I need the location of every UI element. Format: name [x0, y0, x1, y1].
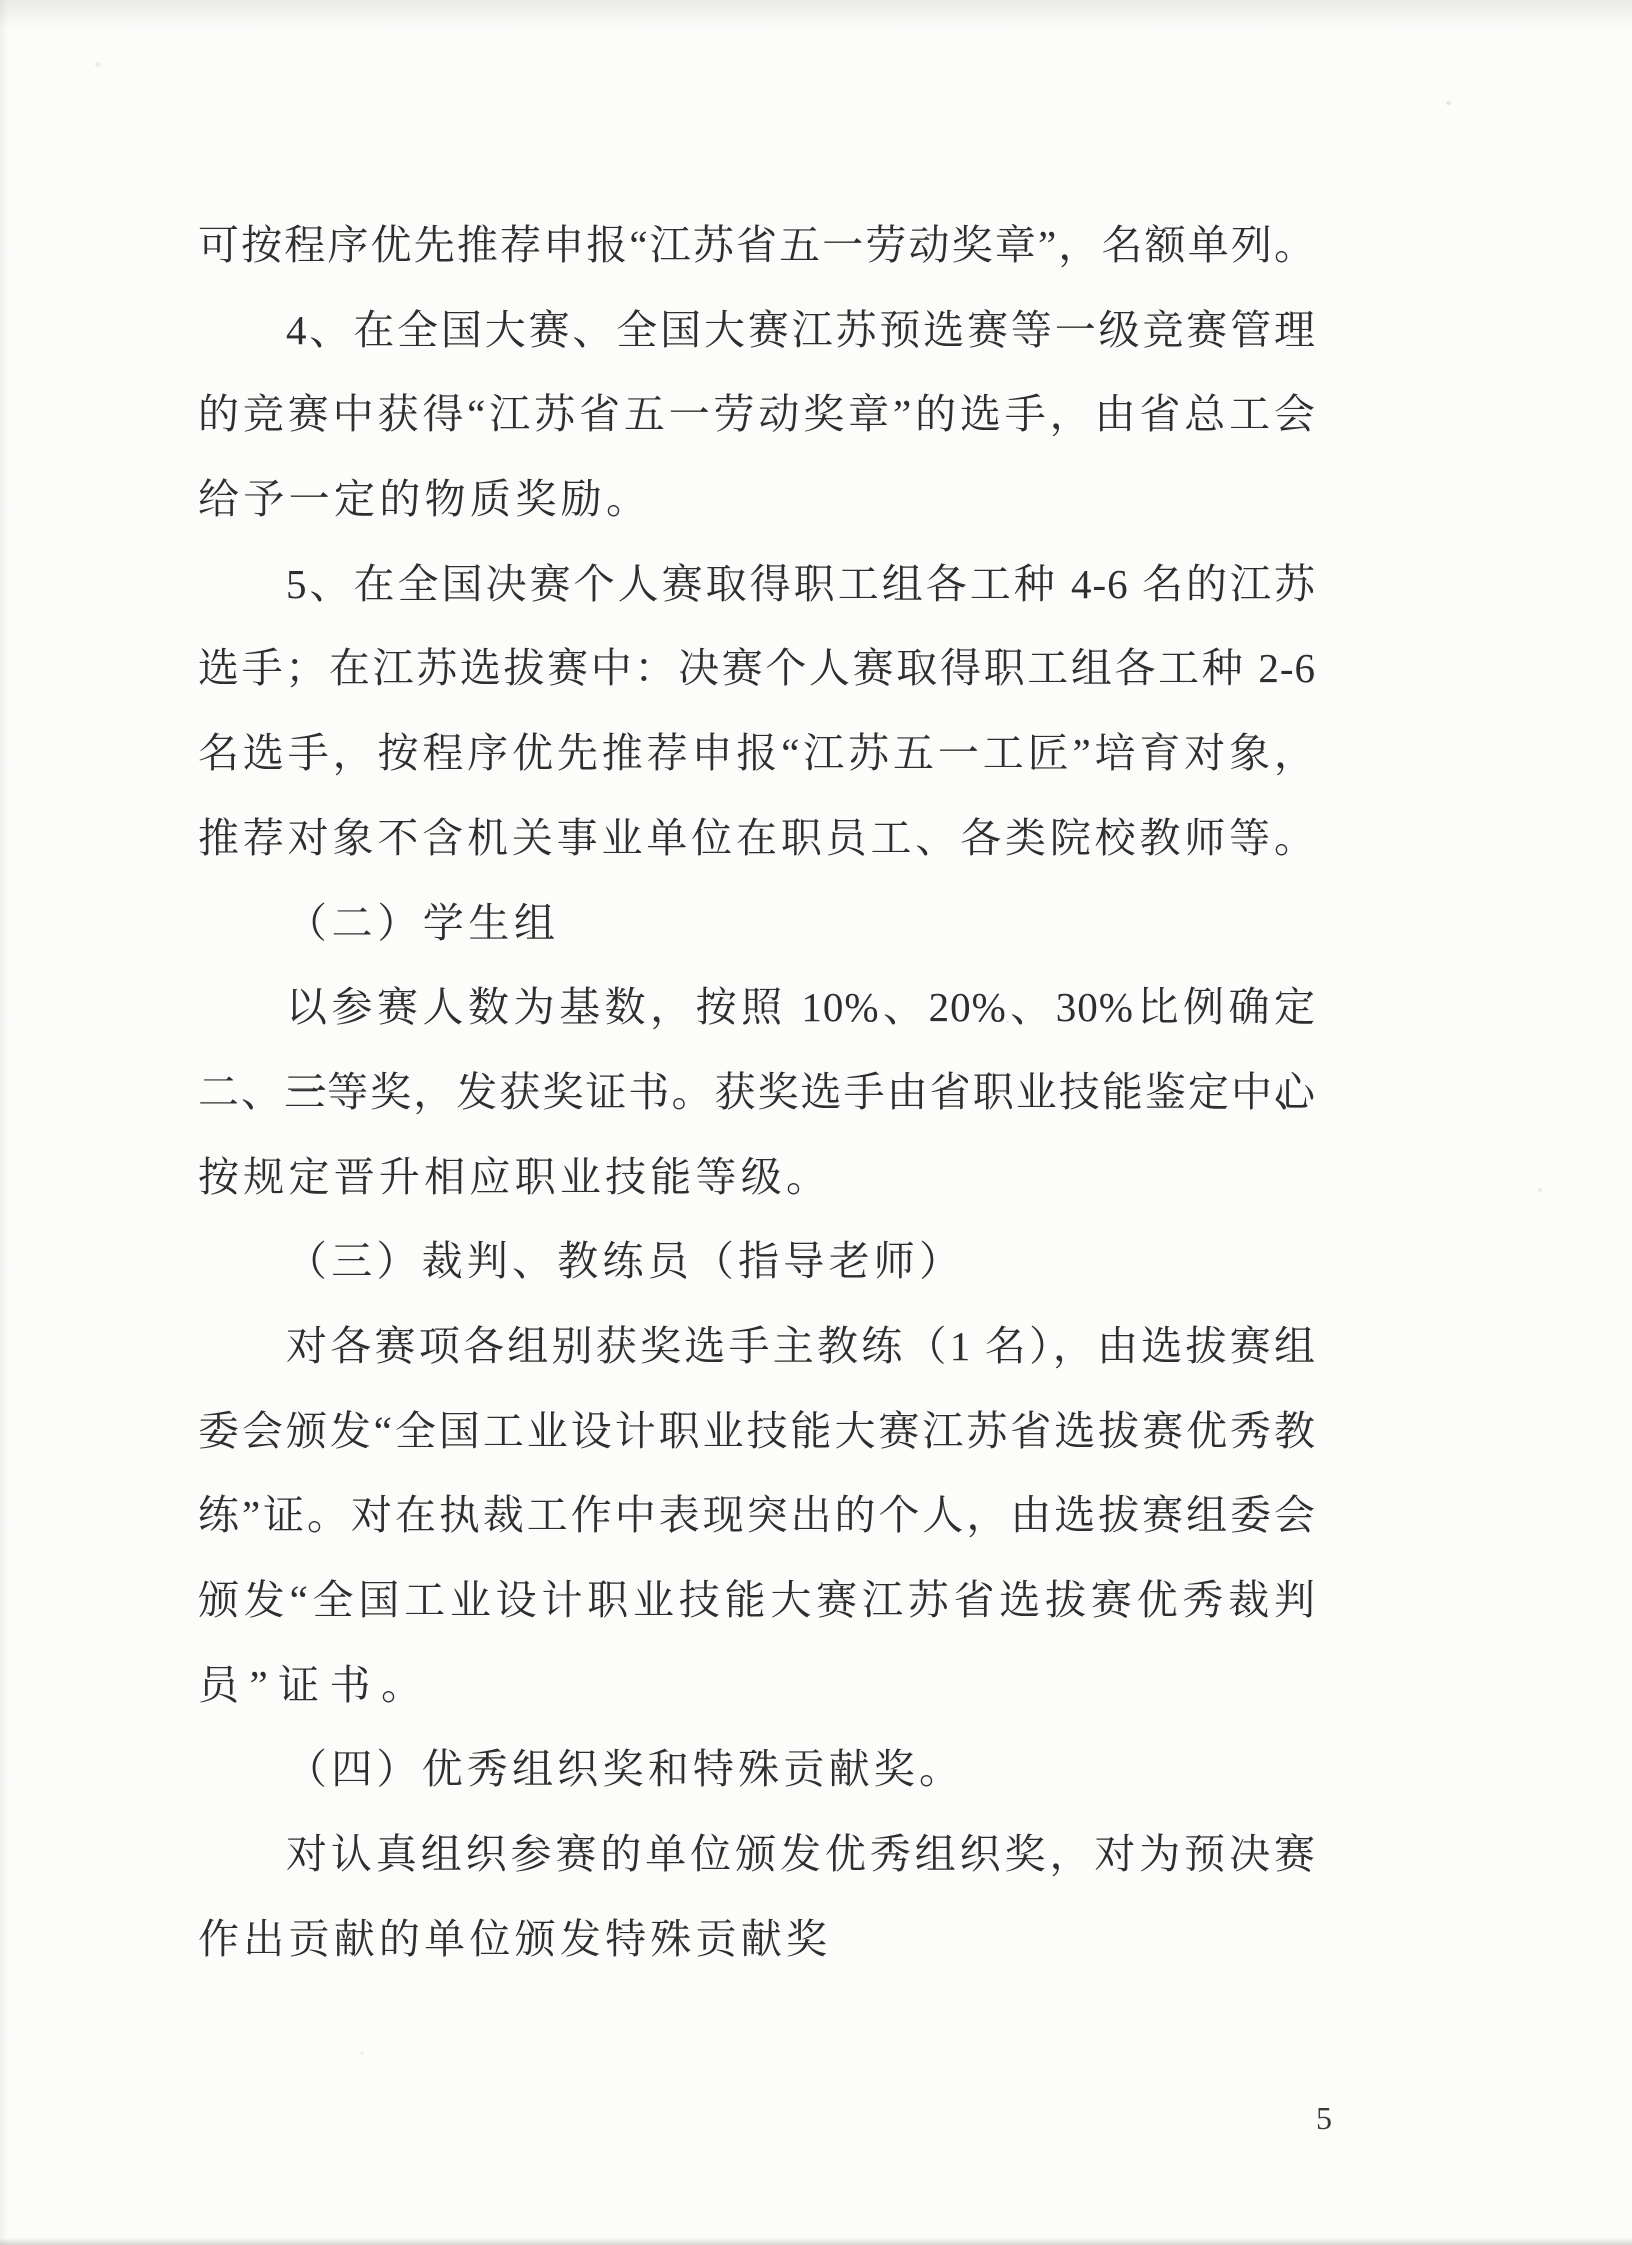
text-line: 二、三等奖，发获奖证书。获奖选手由省职业技能鉴定中心 — [198, 1050, 1316, 1135]
text-line: 给予一定的物质奖励。 — [198, 457, 648, 542]
text-line: 以参赛人数为基数，按照 10%、20%、30%比例确定一、 — [198, 965, 1316, 1050]
text-line: 员”证书。 — [198, 1643, 423, 1728]
text-line: 的竞赛中获得“江苏省五一劳动奖章”的选手，由省总工会 — [198, 372, 1316, 457]
scan-speck — [95, 62, 101, 67]
scan-edge-shadow-top — [0, 0, 1632, 30]
text-line: 对认真组织参赛的单位颁发优秀组织奖，对为预决赛 — [198, 1812, 1316, 1897]
text-line: 颁发“全国工业设计职业技能大赛江苏省选拔赛优秀裁判 — [198, 1558, 1316, 1643]
text-line: 5、在全国决赛个人赛取得职工组各工种 4-6 名的江苏 — [198, 542, 1316, 627]
scan-speck — [1446, 101, 1451, 105]
text-line: 可按程序优先推荐申报“江苏省五一劳动奖章”，名额单列。 — [198, 203, 1316, 288]
scanned-document-page: 可按程序优先推荐申报“江苏省五一劳动奖章”，名额单列。 4、在全国大赛、全国大赛… — [0, 0, 1632, 2245]
text-line: 对各赛项各组别获奖选手主教练（1 名），由选拔赛组 — [198, 1304, 1316, 1389]
text-line: 名选手，按程序优先推荐申报“江苏五一工匠”培育对象， — [198, 711, 1316, 796]
text-line: 选手；在江苏选拔赛中：决赛个人赛取得职工组各工种 2-6 — [198, 626, 1316, 711]
text-line-section-heading: （三）裁判、教练员（指导老师） — [198, 1219, 961, 1304]
text-line: 作出贡献的单位颁发特殊贡献奖 — [198, 1897, 828, 1982]
text-line-section-heading: （四）优秀组织奖和特殊贡献奖。 — [198, 1727, 961, 1812]
scan-speck — [360, 2052, 364, 2055]
page-number: 5 — [1316, 2096, 1332, 2140]
scan-edge-shadow-bottom — [0, 2238, 1632, 2245]
document-body-text: 可按程序优先推荐申报“江苏省五一劳动奖章”，名额单列。 4、在全国大赛、全国大赛… — [198, 203, 1316, 1981]
text-line: 推荐对象不含机关事业单位在职员工、各类院校教师等。 — [198, 796, 1316, 881]
scan-speck — [1538, 1188, 1542, 1192]
scan-edge-shadow-left — [0, 0, 8, 2245]
text-line-section-heading: （二）学生组 — [198, 881, 556, 966]
text-line: 4、在全国大赛、全国大赛江苏预选赛等一级竞赛管理 — [198, 288, 1316, 373]
text-line: 按规定晋升相应职业技能等级。 — [198, 1135, 828, 1220]
text-line: 委会颁发“全国工业设计职业技能大赛江苏省选拔赛优秀教 — [198, 1389, 1316, 1474]
text-line: 练”证。对在执裁工作中表现突出的个人，由选拔赛组委会 — [198, 1473, 1316, 1558]
